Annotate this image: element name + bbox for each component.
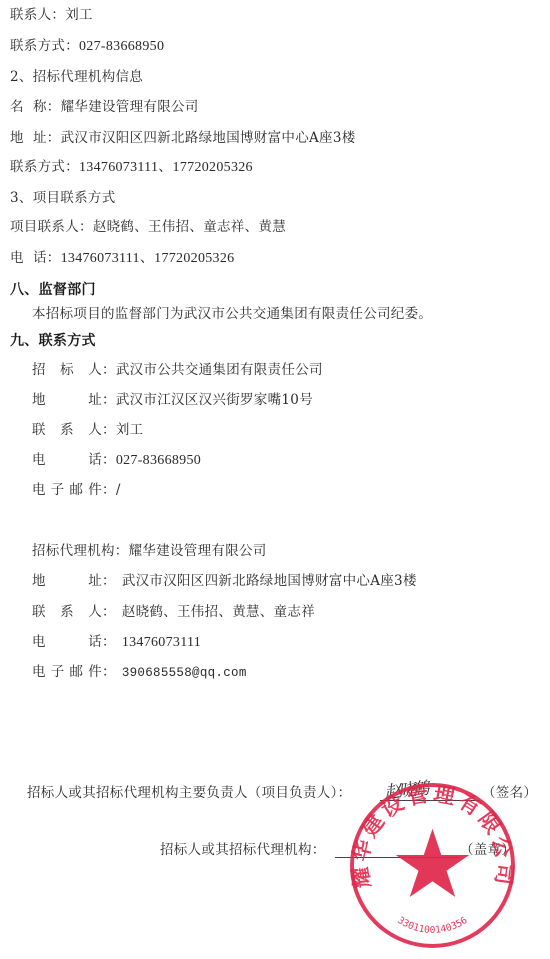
tenderer-contact-value: 刘工 xyxy=(116,422,144,438)
project-phone-value: 13476073111、17720205326 xyxy=(61,251,235,266)
tenderer-name-label: 招标人 xyxy=(32,361,102,379)
project-phone-line: 电 话：13476073111、17720205326 xyxy=(10,249,234,268)
colon: ： xyxy=(102,573,116,589)
contact-phone-label: 联系方式： xyxy=(10,38,79,54)
contact-phone-value: 027-83668950 xyxy=(79,39,164,54)
agency-name-line: 名 称：耀华建设管理有限公司 xyxy=(10,98,199,116)
agency-section-title: 2、招标代理机构信息 xyxy=(10,68,143,86)
tenderer-email-value: / xyxy=(116,482,121,498)
tenderer-address-value: 武汉市江汉区汉兴街罗家嘴10号 xyxy=(116,392,313,408)
agency-name-label: 名 称： xyxy=(10,99,61,115)
agency-contact-person-value: 赵晓鹤、王伟招、黄慧、童志祥 xyxy=(122,604,315,620)
agency-contact-email-label: 电子邮件 xyxy=(32,663,102,681)
tenderer-address-line: 地址：武汉市江汉区汉兴街罗家嘴10号 xyxy=(32,391,313,409)
tenderer-email-label: 电子邮件 xyxy=(32,481,102,499)
seal-code: 3301100140356 xyxy=(395,915,469,936)
contact-phone-line: 联系方式：027-83668950 xyxy=(10,37,164,56)
org-seal-label: 招标人或其招标代理机构： xyxy=(160,841,326,859)
tenderer-phone-value: 027-83668950 xyxy=(116,453,201,468)
project-contacts-label: 项目联系人： xyxy=(10,219,93,235)
agency-contact-phone-label: 电话 xyxy=(32,633,102,651)
principal-signature-label: 招标人或其招标代理机构主要负责人（项目负责人）： xyxy=(27,784,351,802)
company-seal-stamp: 耀华建设管理有限公司 3301100140356 xyxy=(345,778,520,953)
tenderer-contact-label: 联系人 xyxy=(32,421,102,439)
contact-person-value: 刘工 xyxy=(65,7,93,23)
agency-contact-phone-value: 13476073111 xyxy=(122,635,201,650)
agency-contact-name-line: 招标代理机构：耀华建设管理有限公司 xyxy=(32,542,267,560)
agency-contact-person-line: 联系人：赵晓鹤、王伟招、黄慧、童志祥 xyxy=(32,603,315,621)
agency-contact-email-value: 390685558@qq.com xyxy=(122,666,247,680)
tenderer-address-label: 地址 xyxy=(32,391,102,409)
contact-person-line: 联系人：刘工 xyxy=(10,6,93,24)
agency-contact-phone-line: 电话：13476073111 xyxy=(32,633,201,652)
colon: ： xyxy=(102,362,116,378)
tenderer-phone-label: 电话 xyxy=(32,451,102,469)
tenderer-email-line: 电子邮件：/ xyxy=(32,481,121,499)
contact-person-label: 联系人： xyxy=(10,7,65,23)
agency-contact-address-label: 地址 xyxy=(32,572,102,590)
colon: ： xyxy=(102,392,116,408)
colon: ： xyxy=(102,452,116,468)
tenderer-contact-line: 联系人：刘工 xyxy=(32,421,143,439)
project-contact-section-title: 3、项目联系方式 xyxy=(10,189,116,207)
agency-contact-address-line: 地址：武汉市汉阳区四新北路绿地国博财富中心A座3楼 xyxy=(32,572,417,590)
agency-address-label: 地 址： xyxy=(10,130,61,146)
agency-contact-person-label: 联系人 xyxy=(32,603,102,621)
agency-contact-address-value: 武汉市汉阳区四新北路绿地国博财富中心A座3楼 xyxy=(122,573,417,589)
tenderer-phone-line: 电话：027-83668950 xyxy=(32,451,201,470)
supervision-text: 本招标项目的监督部门为武汉市公共交通集团有限责任公司纪委。 xyxy=(32,305,432,323)
supervision-heading: 八、监督部门 xyxy=(10,281,96,299)
agency-name-value: 耀华建设管理有限公司 xyxy=(61,99,199,115)
agency-contact-name-label: 招标代理机构： xyxy=(32,543,129,559)
agency-phone-value: 13476073111、17720205326 xyxy=(79,160,253,175)
agency-address-line: 地 址：武汉市汉阳区四新北路绿地国博财富中心A座3楼 xyxy=(10,129,356,147)
colon: ： xyxy=(102,634,116,650)
colon: ： xyxy=(102,664,116,680)
agency-address-value: 武汉市汉阳区四新北路绿地国博财富中心A座3楼 xyxy=(61,130,356,146)
colon: ： xyxy=(102,482,116,498)
agency-contact-name-value: 耀华建设管理有限公司 xyxy=(129,543,267,559)
colon: ： xyxy=(102,604,116,620)
colon: ： xyxy=(102,422,116,438)
contact-info-heading: 九、联系方式 xyxy=(10,332,96,350)
project-phone-label: 电 话： xyxy=(10,250,61,266)
star-icon xyxy=(396,829,470,897)
agency-phone-line: 联系方式：13476073111、17720205326 xyxy=(10,158,253,177)
tenderer-name-value: 武汉市公共交通集团有限责任公司 xyxy=(116,362,323,378)
project-contacts-value: 赵晓鹤、王伟招、童志祥、黄慧 xyxy=(93,219,286,235)
tenderer-name-line: 招标人：武汉市公共交通集团有限责任公司 xyxy=(32,361,323,379)
svg-text:3301100140356: 3301100140356 xyxy=(395,915,469,936)
agency-contact-email-line: 电子邮件：390685558@qq.com xyxy=(32,663,247,682)
project-contacts-line: 项目联系人：赵晓鹤、王伟招、童志祥、黄慧 xyxy=(10,218,286,236)
agency-phone-label: 联系方式： xyxy=(10,159,79,175)
